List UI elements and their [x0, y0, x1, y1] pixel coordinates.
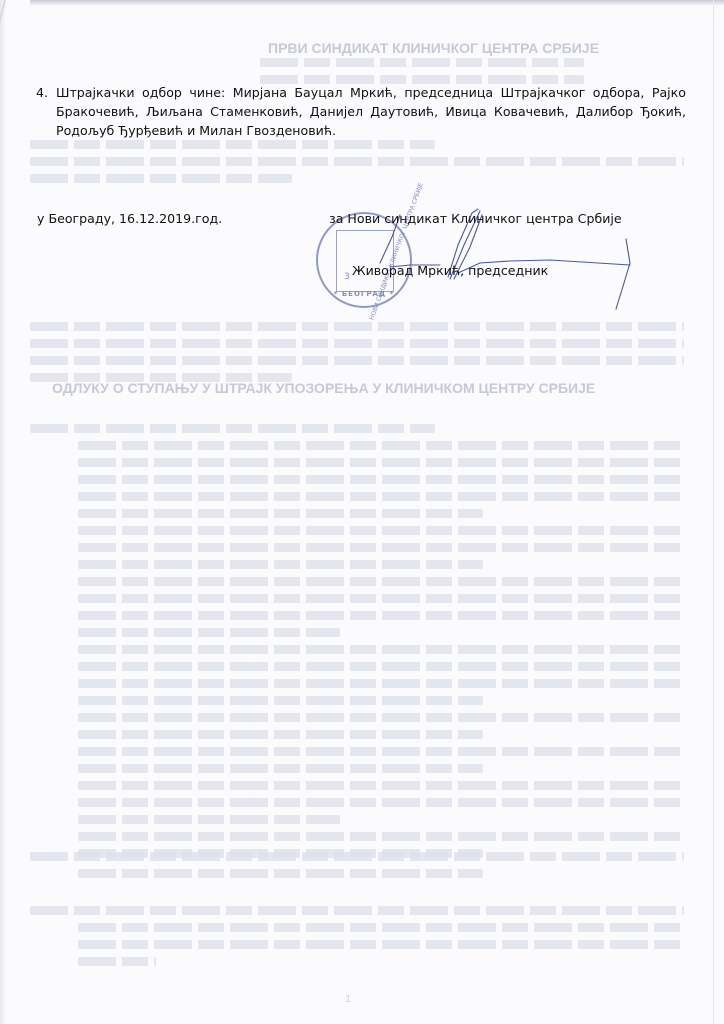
strike-committee-paragraph: 4. Штрајкачки одбор чине: Мирјана Бауцал…: [36, 83, 686, 140]
bleed-through-table: [30, 140, 684, 191]
scan-shadow: [30, 0, 724, 6]
document-page: ПРВИ СИНДИКАТ КЛИНИЧКОГ ЦЕНТРА СРБИЈЕ ОД…: [0, 0, 724, 1024]
organization-line: за Нови синдикат Клиничког центра Србије: [329, 211, 622, 226]
item-number: 4.: [36, 83, 48, 102]
page-edge: [0, 0, 6, 1024]
bleed-through-header: ПРВИ СИНДИКАТ КЛИНИЧКОГ ЦЕНТРА СРБИЈЕ: [268, 40, 599, 56]
item-text: Штрајкачки одбор чине: Мирјана Бауцал Мр…: [56, 83, 686, 140]
bleed-through-item2: [30, 852, 684, 886]
signer-name: Живорад Мркић, председник: [352, 263, 548, 278]
page-edge-right: [713, 0, 714, 1024]
bleed-through-heading: ОДЛУКУ О СТУПАЊУ У ШТРАЈК УПОЗОРЕЊА У КЛ…: [52, 380, 595, 396]
page-number: 1: [345, 994, 351, 1005]
bleed-through-body: [30, 424, 684, 866]
bleed-through-item3: [30, 906, 684, 974]
date-place-line: у Београду, 16.12.2019.год.: [37, 211, 222, 226]
